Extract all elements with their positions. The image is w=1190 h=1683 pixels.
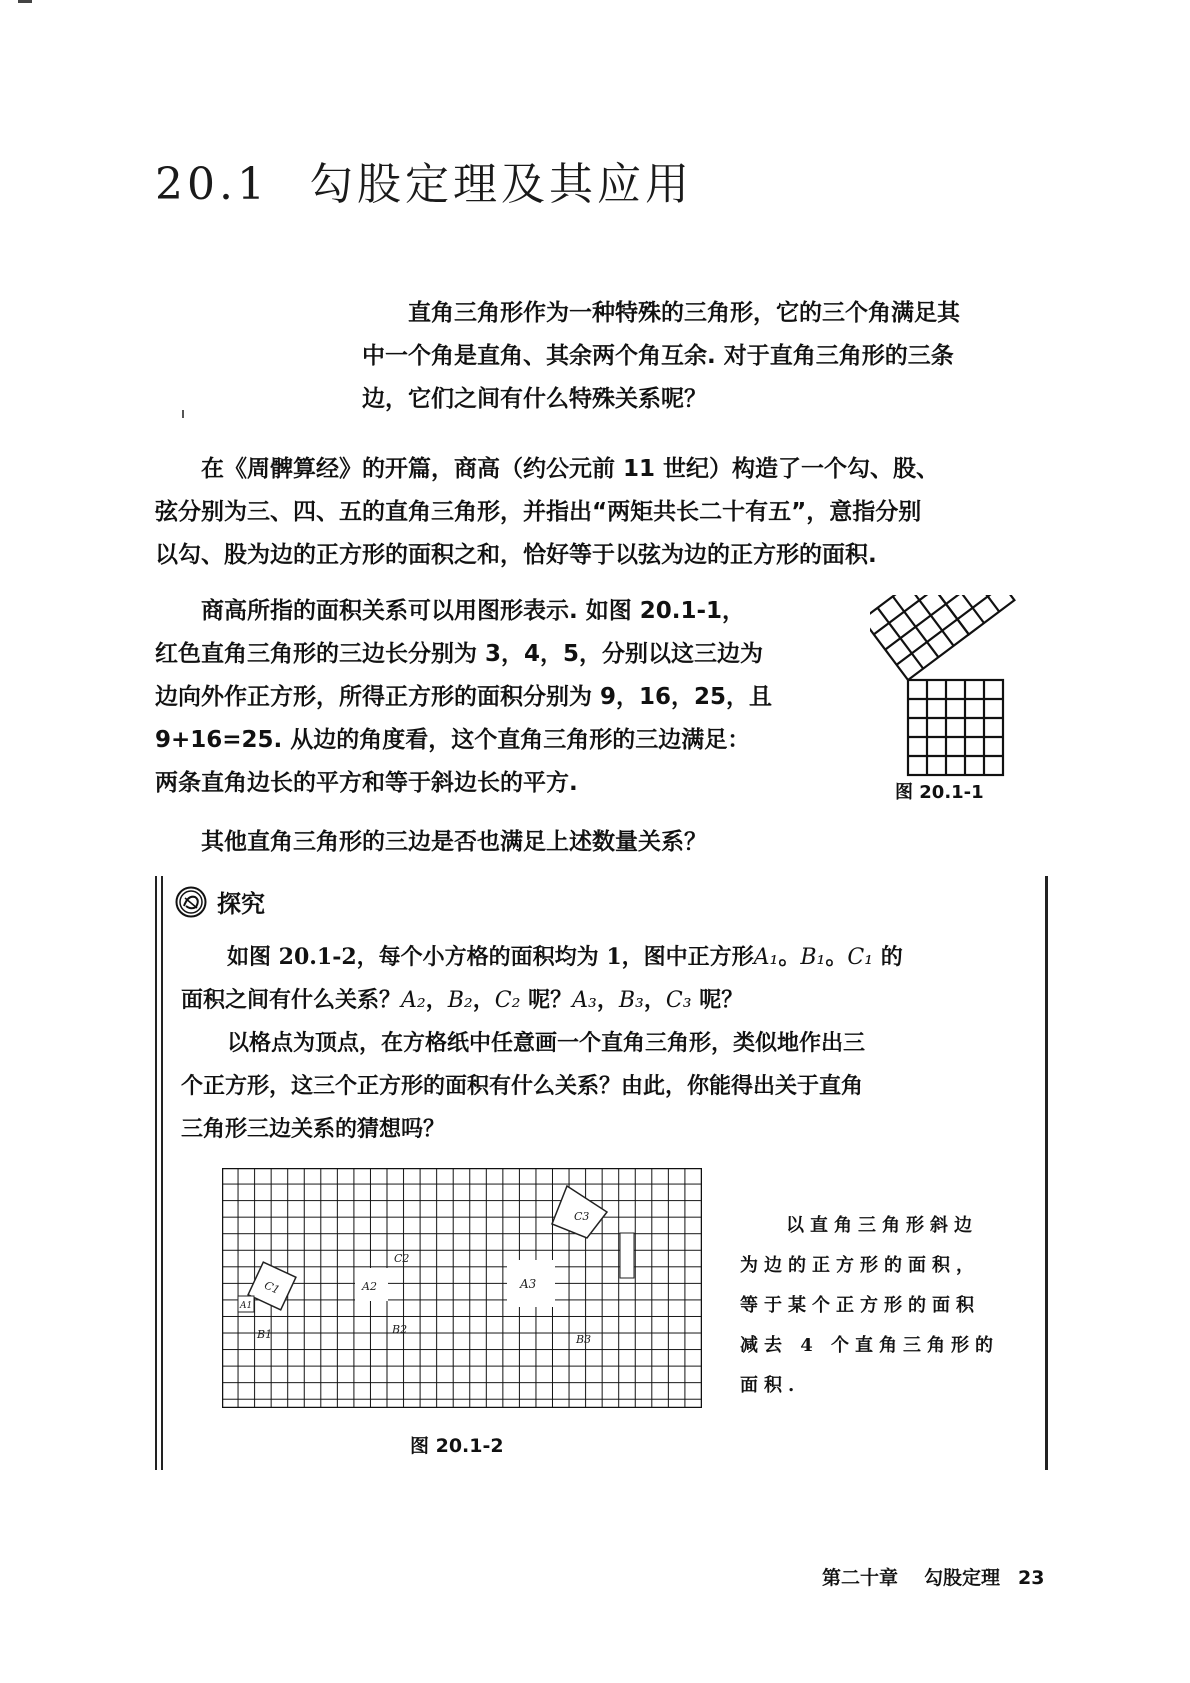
square-label-a3: A₃ (572, 988, 597, 1013)
square-label-c3: C₃ (666, 988, 692, 1013)
square-label-a2: A₂ (401, 988, 426, 1013)
svg-text:B2: B2 (391, 1323, 407, 1336)
text-span: ， (644, 987, 666, 1013)
note-line: 等于某个正方形的面积 (740, 1286, 1005, 1326)
square-label-c2: C₂ (495, 988, 521, 1013)
box-border-left (155, 876, 157, 1470)
square-label-c1: C₁ (847, 945, 873, 970)
intro-line: 边，它们之间有什么特殊关系呢？ (362, 378, 1052, 421)
text-span: 呢？ (528, 987, 572, 1013)
svg-text:C3: C3 (574, 1210, 589, 1223)
square-label-a1: A₁ (754, 945, 779, 970)
scan-corner-mark (18, 0, 32, 3)
explore-header: 探究 (175, 884, 265, 919)
explore-line: 如图 20.1-2，每个小方格的面积均为 1，图中正方形A₁。B₁。C₁ 的 (181, 936, 1011, 979)
text-span: 。 (778, 944, 800, 970)
paragraph-line: 商高所指的面积关系可以用图形表示. 如图 20.1-1， (155, 590, 835, 633)
square-label-b2: B₂ (448, 988, 473, 1013)
section-title: 20.1勾股定理及其应用 (155, 148, 693, 212)
paragraph-question: 其他直角三角形的三边是否也满足上述数量关系？ (201, 823, 707, 856)
text-span: ， (426, 987, 448, 1013)
svg-text:B1: B1 (256, 1328, 272, 1341)
paragraph-line: 在《周髀算经》的开篇，商高（约公元前 11 世纪）构造了一个勾、股、 (155, 448, 1055, 491)
explore-line: 面积之间有什么关系？A₂，B₂，C₂ 呢？A₃，B₃，C₃ 呢？ (181, 979, 1011, 1022)
text-span: 。 (825, 944, 847, 970)
explore-section: 探究 如图 20.1-2，每个小方格的面积均为 1，图中正方形A₁。B₁。C₁ … (155, 876, 1048, 1470)
text-span: 的 (881, 944, 903, 970)
text-span: 面积之间有什么关系？ (181, 987, 401, 1013)
svg-text:B3: B3 (575, 1333, 591, 1346)
square-label-b3: B₃ (619, 988, 644, 1013)
svg-text:A2: A2 (361, 1280, 377, 1293)
box-border-left-inner (161, 876, 163, 1470)
page-number: 23 (1018, 1567, 1044, 1589)
note-line: 为边的正方形的面积， (740, 1246, 1005, 1286)
text-span: ， (597, 987, 619, 1013)
intro-line: 直角三角形作为一种特殊的三角形，它的三个角满足其 (362, 292, 1052, 335)
note-line: 面积. (740, 1366, 1005, 1406)
section-title-text: 勾股定理及其应用 (309, 159, 693, 210)
svg-text:A1: A1 (239, 1301, 252, 1311)
scan-mark (182, 410, 184, 418)
paragraph-line: 以勾、股为边的正方形的面积之和，恰好等于以弦为边的正方形的面积. (155, 534, 1055, 577)
paragraph-line: 弦分别为三、四、五的直角三角形，并指出“两矩共长二十有五”，意指分别 (155, 491, 1055, 534)
paragraph-line: 边向外作正方形，所得正方形的面积分别为 9，16，25，且 (155, 676, 835, 719)
figure-2-caption: 图 20.1-2 (410, 1431, 504, 1458)
figure-grid-paper: A2 A3 C1 A1 B1 C2 B2 B3 C3 (222, 1168, 702, 1408)
paragraph-line: 9+16=25. 从边的角度看，这个直角三角形的三边满足： (155, 719, 835, 762)
hint-note: 以直角三角形斜边 为边的正方形的面积， 等于某个正方形的面积 减去 4 个直角三… (740, 1206, 1005, 1406)
text-span: 如图 20.1-2，每个小方格的面积均为 1，图中正方形 (227, 944, 754, 970)
paragraph-line: 红色直角三角形的三边长分别为 3，4，5，分别以这三边为 (155, 633, 835, 676)
section-number: 20.1 (155, 159, 269, 210)
page-footer: 第二十章勾股定理23 (822, 1563, 1044, 1590)
text-span: ， (473, 987, 495, 1013)
footer-chapter-title: 勾股定理 (924, 1567, 1000, 1589)
svg-text:C2: C2 (394, 1252, 409, 1265)
box-border-right (1045, 876, 1048, 1470)
intro-text: 直角三角形作为一种特殊的三角形，它的三个角满足其 中一个角是直角、其余两个角互余… (362, 292, 1052, 421)
note-line: 以直角三角形斜边 (740, 1206, 1005, 1246)
figure-1-caption: 图 20.1-1 (895, 778, 984, 804)
explore-text: 如图 20.1-2，每个小方格的面积均为 1，图中正方形A₁。B₁。C₁ 的 面… (181, 936, 1011, 1151)
note-line: 减去 4 个直角三角形的 (740, 1326, 1005, 1366)
explore-line: 以格点为顶点，在方格纸中任意画一个直角三角形，类似地作出三 (181, 1022, 1011, 1065)
explore-line: 个正方形，这三个正方形的面积有什么关系？由此，你能得出关于直角 (181, 1065, 1011, 1108)
footer-chapter: 第二十章 (822, 1567, 898, 1589)
paragraph-line: 两条直角边长的平方和等于斜边长的平方. (155, 762, 835, 805)
explore-line: 三角形三边关系的猜想吗？ (181, 1108, 1011, 1151)
figure-pythagoras-squares (870, 595, 1030, 785)
intro-line: 中一个角是直角、其余两个角互余. 对于直角三角形的三条 (362, 335, 1052, 378)
explore-label: 探究 (217, 884, 265, 919)
square-label-b1: B₁ (800, 945, 825, 970)
svg-text:A3: A3 (519, 1277, 537, 1291)
paragraph-zhoubi: 在《周髀算经》的开篇，商高（约公元前 11 世纪）构造了一个勾、股、 弦分别为三… (155, 448, 1055, 577)
explore-icon (175, 886, 207, 918)
paragraph-area-relation: 商高所指的面积关系可以用图形表示. 如图 20.1-1， 红色直角三角形的三边长… (155, 590, 835, 805)
text-span: 呢？ (699, 987, 743, 1013)
